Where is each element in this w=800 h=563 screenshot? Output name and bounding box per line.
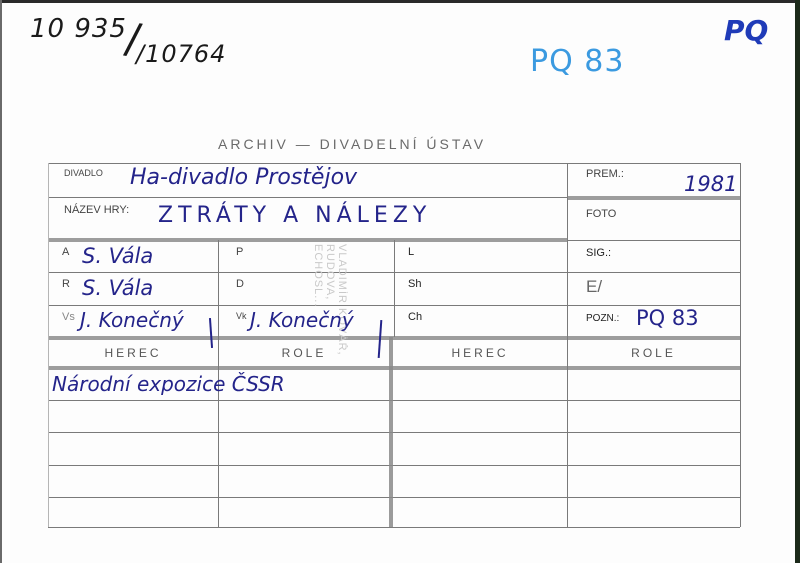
divadlo-label: DIVADLO: [64, 168, 103, 178]
grid-line: [567, 240, 740, 241]
vs-label: Vs: [62, 311, 75, 323]
grid-line: [48, 163, 740, 164]
foto-label: FOTO: [586, 208, 616, 220]
prem-value[interactable]: 1981: [684, 172, 737, 196]
r-label: R: [62, 278, 70, 290]
corner-code: PQ: [724, 14, 768, 47]
grid-line: [48, 163, 49, 527]
grid-line: [48, 197, 568, 198]
grid-line: [48, 527, 740, 528]
vk-value[interactable]: J. Konečný: [250, 308, 354, 332]
nazev-hry-label: NÁZEV HRY:: [64, 204, 129, 216]
photo-edge-top: [0, 0, 800, 3]
cast-header-role-1: ROLE: [218, 346, 390, 360]
grid-line: [48, 465, 740, 466]
cast-header-herec-2: HEREC: [393, 346, 567, 360]
l-label: L: [408, 246, 414, 258]
photo-edge-left: [0, 0, 2, 563]
grid-line: [48, 400, 740, 401]
sig-label: SIG.:: [586, 247, 611, 259]
nazev-hry-value[interactable]: ZTRÁTY A NÁLEZY: [158, 203, 431, 228]
archive-number: 10 935: [30, 14, 127, 44]
divadlo-value[interactable]: Ha-divadlo Prostějov: [130, 165, 357, 190]
pen-stroke-tail: [209, 318, 213, 348]
grid-line: [567, 163, 568, 527]
r-value[interactable]: S. Vála: [82, 276, 153, 300]
grid-line: [389, 337, 393, 527]
archive-number-alt: /10764: [136, 40, 226, 68]
d-label: D: [236, 278, 244, 290]
cast-header-role-2: ROLE: [567, 346, 740, 360]
institution-header: ARCHIV — DIVADELNÍ ÚSTAV: [218, 136, 486, 152]
grid-line: [48, 432, 740, 433]
pozn-label: POZN.:: [586, 313, 619, 324]
cast-row-1-herec[interactable]: Národní expozice ČSSR: [52, 372, 285, 396]
light-blue-code: PQ 83: [530, 44, 624, 79]
grid-line: [567, 196, 740, 200]
ch-label: Ch: [408, 311, 422, 323]
cast-header-herec-1: HEREC: [48, 346, 218, 360]
vs-value[interactable]: J. Konečný: [80, 308, 184, 332]
vk-label: Vk: [236, 311, 247, 321]
grid-line: [394, 240, 395, 337]
sh-label: Sh: [408, 278, 421, 290]
grid-line: [48, 238, 568, 242]
prem-label: PREM.:: [586, 168, 624, 180]
grid-line: [740, 163, 741, 527]
photo-edge-right: [795, 0, 800, 563]
e-label: E/: [586, 277, 602, 297]
a-label: A: [62, 246, 69, 258]
p-label: P: [236, 246, 243, 258]
grid-line: [48, 366, 740, 370]
pozn-value[interactable]: PQ 83: [636, 306, 699, 330]
a-value[interactable]: S. Vála: [82, 244, 153, 268]
grid-line: [48, 497, 740, 498]
